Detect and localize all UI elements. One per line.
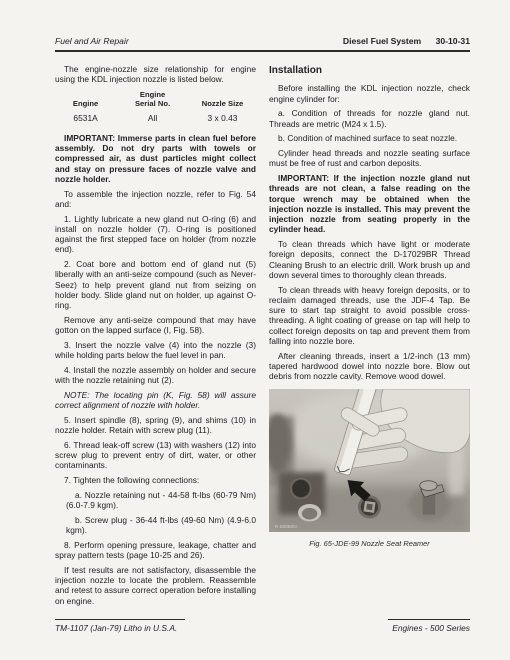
footer-right-rule [388, 619, 470, 620]
figure-caption: Fig. 65-JDE-99 Nozzle Seat Reamer [269, 539, 470, 548]
right-column: Installation Before installing the KDL i… [269, 64, 470, 610]
footer-right: Engines - 500 Series [388, 619, 470, 633]
header-rule [55, 50, 470, 52]
footer-series-info: Engines - 500 Series [392, 623, 470, 633]
paragraph-wood-dowel: After cleaning threads, insert a 1/2-inc… [269, 351, 470, 382]
manual-page: Fuel and Air Repair Diesel Fuel System 3… [0, 0, 510, 660]
step-4: 4. Install the nozzle assembly on holder… [55, 365, 256, 386]
footer-left-rule [55, 619, 185, 620]
table-header-serial-line2: Serial No. [116, 99, 189, 108]
step-3: 3. Insert the nozzle valve (4) into the … [55, 340, 256, 361]
paragraph-retest: If test results are not satisfactory, di… [55, 565, 256, 606]
page-header: Fuel and Air Repair Diesel Fuel System 3… [55, 36, 470, 46]
table-cell-engine: 6531A [55, 108, 116, 123]
left-column: The engine-nozzle size relationship for … [55, 64, 256, 610]
installation-heading: Installation [269, 65, 470, 77]
note-locating-pin: NOTE: The locating pin (K, Fig. 58) will… [55, 390, 256, 411]
intro-paragraph: The engine-nozzle size relationship for … [55, 64, 256, 85]
step-5: 5. Insert spindle (8), spring (9), and s… [55, 415, 256, 436]
step-7: 7. Tighten the following connections: [55, 475, 256, 485]
paragraph-clean-light-deposits: To clean threads which have light or mod… [269, 239, 470, 280]
section-title: Diesel Fuel System [343, 36, 421, 46]
step-2: 2. Coat bore and bottom end of gland nut… [55, 259, 256, 310]
section-header: Diesel Fuel System 30-10-31 [343, 36, 470, 46]
step-1: 1. Lightly lubricate a new gland nut O-r… [55, 214, 256, 255]
paragraph-assemble-intro: To assemble the injection nozzle, refer … [55, 189, 256, 210]
table-header-serial: Engine Serial No. [116, 90, 189, 109]
check-item-a: a. Condition of threads for nozzle gland… [269, 108, 470, 129]
check-item-b: b. Condition of machined surface to seat… [269, 133, 470, 143]
paragraph-clean-heavy-deposits: To clean threads with heavy foreign depo… [269, 285, 470, 347]
page-content: The engine-nozzle size relationship for … [55, 64, 470, 610]
nozzle-seat-reamer-photo: R 26060N [269, 389, 470, 532]
important-note-threads: IMPORTANT: If the injection nozzle gland… [269, 173, 470, 235]
step-7a: a. Nozzle retaining nut - 44-58 ft-lbs (… [66, 490, 256, 511]
table-header-serial-line1: Engine [116, 90, 189, 99]
table-cell-nozzle-size: 3 x 0.43 [189, 108, 256, 123]
running-title: Fuel and Air Repair [55, 36, 129, 46]
paragraph-remove-compound: Remove any anti-seize compound that may … [55, 315, 256, 336]
table-header-engine: Engine [55, 99, 116, 108]
footer-publication-info: TM-1107 (Jan-79) Litho in U.S.A. [55, 623, 177, 633]
step-7b: b. Screw plug - 36-44 ft-lbs (49-60 Nm) … [66, 515, 256, 536]
step-6: 6. Thread leak-off screw (13) with washe… [55, 440, 256, 471]
step-8: 8. Perform opening pressure, leakage, ch… [55, 540, 256, 561]
nozzle-size-table: Engine Engine Serial No. Nozzle Size 653… [55, 90, 256, 124]
page-code: 30-10-31 [436, 36, 470, 46]
important-note-assembly: IMPORTANT: Immerse parts in clean fuel b… [55, 133, 256, 184]
table-cell-serial: All [116, 108, 189, 123]
figure-nozzle-seat-reamer: R 26060N Fig. 65-JDE-99 Nozzle Seat Ream… [269, 389, 470, 548]
page-footer: TM-1107 (Jan-79) Litho in U.S.A. Engines… [55, 619, 470, 633]
paragraph-before-installing: Before installing the KDL injection nozz… [269, 83, 470, 104]
table-header-nozzle-size: Nozzle Size [189, 99, 256, 108]
footer-left: TM-1107 (Jan-79) Litho in U.S.A. [55, 619, 185, 633]
paragraph-cylinder-head: Cylinder head threads and nozzle seating… [269, 148, 470, 169]
